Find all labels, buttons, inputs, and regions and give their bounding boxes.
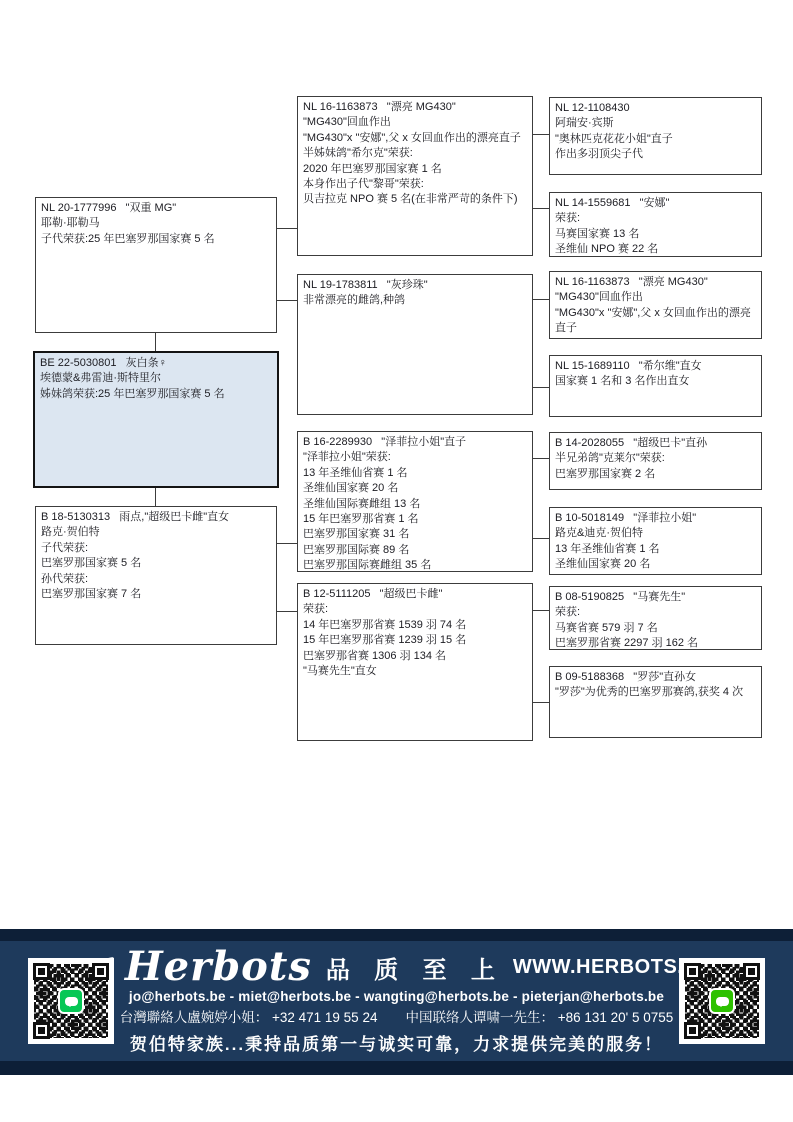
- pedigree-line: 巴塞罗那省赛 2297 羽 162 名: [555, 636, 756, 650]
- sire-box: NL 20-1777996 "双重 MG" 耶勒·耶勒马 子代荣获:25 年巴塞…: [35, 197, 277, 333]
- ring-title: B 14-2028055 "超级巴卡"直孙: [555, 436, 756, 451]
- connector-line: [533, 387, 549, 388]
- connector-line: [155, 488, 156, 506]
- chat-bubble-icon: [65, 997, 78, 1006]
- qr-finder-icon: [743, 963, 760, 980]
- qr-finder-icon: [92, 963, 109, 980]
- ring-title: B 08-5190825 "马赛先生": [555, 590, 756, 605]
- connector-line: [533, 299, 549, 300]
- qr-finder-icon: [33, 963, 50, 980]
- contact-emails: jo@herbots.be - miet@herbots.be - wangti…: [129, 989, 664, 1004]
- connector-line: [533, 702, 549, 703]
- ring-title: B 12-5111205 "超级巴卡雌": [303, 587, 527, 602]
- pedigree-line: 非常漂亮的雌鸽,种鸽: [303, 293, 527, 308]
- contact-china: 中国联络人谭啸一先生： +86 131 20' 5 0755: [405, 1006, 673, 1026]
- great-grandparent-box-8: B 09-5188368 "罗莎"直孙女 "罗莎"为优秀的巴塞罗那赛鸽,获奖 4…: [549, 666, 762, 738]
- qr-finder-icon: [684, 1022, 701, 1039]
- connector-line: [277, 543, 297, 544]
- pedigree-line: 子代荣获:: [41, 541, 271, 556]
- pedigree-line: 姊妹鸽荣获:25 年巴塞罗那国家赛 5 名: [40, 387, 272, 402]
- ring-title: NL 14-1559681 "安娜": [555, 196, 756, 211]
- pedigree-line: 圣维仙国家赛 20 名: [555, 557, 756, 572]
- pedigree-line: 荣获:: [303, 602, 527, 617]
- pedigree-line: 子代荣获:25 年巴塞罗那国家赛 5 名: [41, 232, 271, 247]
- great-grandparent-box-4: NL 15-1689110 "希尔维"直女 国家赛 1 名和 3 名作出直女: [549, 355, 762, 417]
- footer-tagline: 贺伯特家族...秉持品质第一与诚实可靠，力求提供完美的服务！: [130, 1030, 663, 1055]
- wechat-app-icon: [709, 988, 735, 1014]
- great-grandparent-box-6: B 10-5018149 "泽菲拉小姐" 路克&迪克·贺伯特 13 年圣维仙省赛…: [549, 507, 762, 575]
- great-grandparent-box-3: NL 16-1163873 "漂亮 MG430" "MG430"回血作出 "MG…: [549, 271, 762, 339]
- connector-line: [533, 458, 549, 459]
- pedigree-line: 孙代荣获:: [41, 572, 271, 587]
- ring-title: B 09-5188368 "罗莎"直孙女: [555, 670, 756, 685]
- pedigree-line: 半兄弟鸽"克莱尔"荣获:: [555, 451, 756, 466]
- great-grandparent-box-2: NL 14-1559681 "安娜" 荣获: 马赛国家赛 13 名 圣维仙 NP…: [549, 192, 762, 257]
- pedigree-line: 圣维仙国际赛雌组 13 名: [303, 497, 527, 512]
- connector-line: [533, 538, 549, 539]
- pedigree-line: 巴塞罗那国际赛雌组 35 名: [303, 558, 527, 572]
- pedigree-line: "MG430"x "安娜",父 x 女回血作出的漂亮直子: [555, 306, 756, 337]
- pedigree-line: 巴塞罗那省赛 1306 羽 134 名: [303, 649, 527, 664]
- ring-title: NL 15-1689110 "希尔维"直女: [555, 359, 756, 374]
- great-grandparent-box-7: B 08-5190825 "马赛先生" 荣获: 马赛省赛 579 羽 7 名 巴…: [549, 586, 762, 650]
- ring-title: B 16-2289930 "泽菲拉小姐"直子: [303, 435, 527, 450]
- footer-banner: Herbots 品 质 至 上 WWW.HERBOTS.BE jo@herbot…: [0, 929, 793, 1075]
- qr-finder-icon: [684, 963, 701, 980]
- ring-title: B 10-5018149 "泽菲拉小姐": [555, 511, 756, 526]
- connector-line: [277, 300, 297, 301]
- pedigree-line: 路克·贺伯特: [41, 525, 271, 540]
- connector-line: [155, 333, 156, 351]
- contact-phones: 台灣聯絡人盧婉婷小姐： +32 471 19 55 24 中国联络人谭啸一先生：…: [120, 1006, 674, 1026]
- chat-bubble-icon: [716, 997, 729, 1006]
- connector-line: [533, 134, 549, 135]
- pedigree-line: 巴塞罗那国家赛 7 名: [41, 587, 271, 602]
- qr-code-wechat: [679, 958, 765, 1044]
- pedigree-line: "泽菲拉小姐"荣获:: [303, 450, 527, 465]
- pedigree-line: 荣获:: [555, 605, 756, 620]
- grandsire-paternal-box: NL 16-1163873 "漂亮 MG430" "MG430"回血作出 "MG…: [297, 96, 533, 256]
- ring-title: BE 22-5030801 灰白条♀: [40, 356, 272, 371]
- ring-title: B 18-5130313 雨点,"超级巴卡雌"直女: [41, 510, 271, 525]
- pedigree-line: 埃德蒙&弗雷迪·斯特里尔: [40, 371, 272, 386]
- pedigree-line: "奥林匹克花花小姐"直子: [555, 132, 756, 147]
- granddam-maternal-box: B 12-5111205 "超级巴卡雌" 荣获: 14 年巴塞罗那省赛 1539…: [297, 583, 533, 741]
- great-grandparent-box-1: NL 12-1108430 阿瑞安·宾斯 "奥林匹克花花小姐"直子 作出多羽顶尖…: [549, 97, 762, 175]
- pedigree-line: 荣获:: [555, 211, 756, 226]
- pedigree-line: "MG430"回血作出: [303, 115, 527, 130]
- pedigree-line: 耶勒·耶勒马: [41, 216, 271, 231]
- ring-title: NL 19-1783811 "灰珍珠": [303, 278, 527, 293]
- qr-code-line: [28, 958, 114, 1044]
- pedigree-line: 马赛国家赛 13 名: [555, 227, 756, 242]
- connector-line: [277, 611, 297, 612]
- connector-line: [277, 228, 297, 229]
- pedigree-line: 13 年圣维仙省赛 1 名: [303, 466, 527, 481]
- connector-line: [533, 208, 549, 209]
- pedigree-line: 圣维仙国家赛 20 名: [303, 481, 527, 496]
- brand-slogan-cn: 品 质 至 上: [326, 950, 503, 985]
- pedigree-line: 圣维仙 NPO 赛 22 名: [555, 242, 756, 257]
- pedigree-line: 巴塞罗那国家赛 2 名: [555, 467, 756, 482]
- pedigree-line: "MG430"x "安娜",父 x 女回血作出的漂亮直子: [303, 131, 527, 146]
- pedigree-line: 贝吉拉克 NPO 赛 5 名(在非常严苛的条件下): [303, 192, 527, 207]
- pedigree-line: "MG430"回血作出: [555, 290, 756, 305]
- pedigree-line: "罗莎"为优秀的巴塞罗那赛鸽,获奖 4 次: [555, 685, 756, 700]
- pedigree-line: 巴塞罗那国家赛 31 名: [303, 527, 527, 542]
- ring-title: NL 20-1777996 "双重 MG": [41, 201, 271, 216]
- ring-title: NL 16-1163873 "漂亮 MG430": [555, 275, 756, 290]
- dam-box: B 18-5130313 雨点,"超级巴卡雌"直女 路克·贺伯特 子代荣获: 巴…: [35, 506, 277, 645]
- pedigree-line: 15 年巴塞罗那省赛 1239 羽 15 名: [303, 633, 527, 648]
- pedigree-line: 路克&迪克·贺伯特: [555, 526, 756, 541]
- pedigree-line: 15 年巴塞罗那省赛 1 名: [303, 512, 527, 527]
- ring-title: NL 16-1163873 "漂亮 MG430": [303, 100, 527, 115]
- great-grandparent-box-5: B 14-2028055 "超级巴卡"直孙 半兄弟鸽"克莱尔"荣获: 巴塞罗那国…: [549, 432, 762, 490]
- pedigree-line: 巴塞罗那国家赛 5 名: [41, 556, 271, 571]
- contact-taiwan: 台灣聯絡人盧婉婷小姐： +32 471 19 55 24: [120, 1006, 378, 1026]
- pedigree-line: "马赛先生"直女: [303, 664, 527, 679]
- qr-finder-icon: [33, 1022, 50, 1039]
- pedigree-line: 13 年圣维仙省赛 1 名: [555, 542, 756, 557]
- pedigree-line: 本身作出子代"黎哥"荣获:: [303, 177, 527, 192]
- ring-title: NL 12-1108430: [555, 101, 756, 116]
- pedigree-line: 14 年巴塞罗那省赛 1539 羽 74 名: [303, 618, 527, 633]
- line-app-icon: [58, 988, 84, 1014]
- subject-box: BE 22-5030801 灰白条♀ 埃德蒙&弗雷迪·斯特里尔 姊妹鸽荣获:25…: [33, 351, 279, 488]
- pedigree-line: 马赛省赛 579 羽 7 名: [555, 621, 756, 636]
- grandsire-maternal-box: B 16-2289930 "泽菲拉小姐"直子 "泽菲拉小姐"荣获: 13 年圣维…: [297, 431, 533, 572]
- pedigree-line: 作出多羽顶尖子代: [555, 147, 756, 162]
- granddam-paternal-box: NL 19-1783811 "灰珍珠" 非常漂亮的雌鸽,种鸽: [297, 274, 533, 415]
- pedigree-line: 2020 年巴塞罗那国家赛 1 名: [303, 162, 527, 177]
- pedigree-line: 半姊妹鸽"希尔克"荣获:: [303, 146, 527, 161]
- footer-content: Herbots 品 质 至 上 WWW.HERBOTS.BE jo@herbot…: [126, 947, 667, 1055]
- brand-row: Herbots 品 质 至 上 WWW.HERBOTS.BE: [81, 947, 712, 987]
- connector-line: [533, 610, 549, 611]
- pedigree-line: 阿瑞安·宾斯: [555, 116, 756, 131]
- brand-logo: Herbots: [125, 947, 316, 987]
- pedigree-line: 巴塞罗那国际赛 89 名: [303, 543, 527, 558]
- pedigree-line: 国家赛 1 名和 3 名作出直女: [555, 374, 756, 389]
